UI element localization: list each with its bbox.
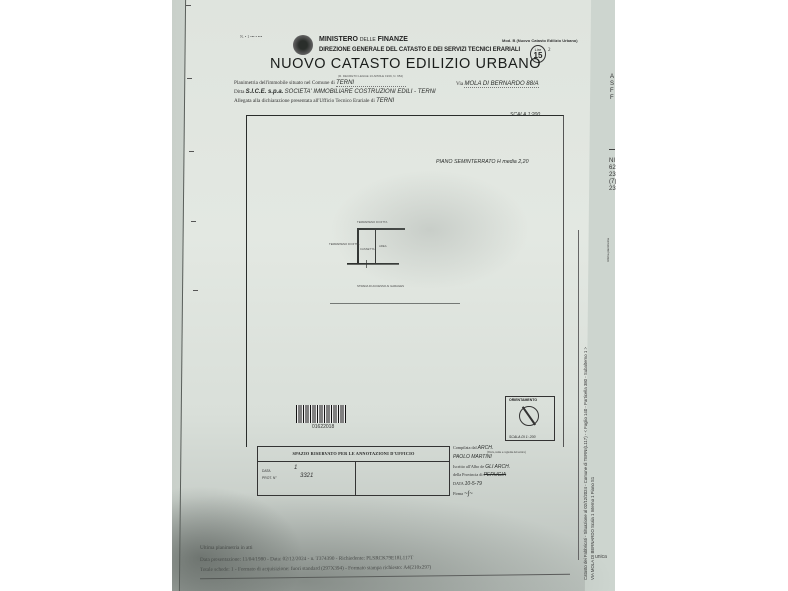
right-fragment: F bbox=[610, 95, 614, 102]
side-info-line-2: VIA MOLA DI BERNARDO Scala 1 Interno 1 P… bbox=[590, 477, 595, 580]
right-page-top: A S F F bbox=[610, 74, 614, 102]
province-row: della Provincia di PERUGIA bbox=[453, 472, 506, 478]
right-fragment: 62 bbox=[609, 165, 616, 172]
comune-field: Planimetria dell'immobile situato nel Co… bbox=[234, 80, 406, 87]
edge-tick bbox=[191, 221, 196, 222]
albo-label: Iscritto all'Albo de bbox=[453, 464, 484, 469]
right-fragment: NI bbox=[609, 158, 616, 165]
ditta-field: Ditta S.I.C.E. s.p.a. SOCIETA' IMMOBILIA… bbox=[234, 89, 436, 95]
right-fragment: 23 bbox=[609, 172, 616, 179]
data-label: DATA bbox=[262, 469, 271, 473]
document-title: NUOVO CATASTO EDILIZIO URBANO bbox=[270, 56, 541, 72]
via-field: Via MOLA DI BERNARDO 88/A bbox=[456, 81, 539, 87]
right-fragment: (7) bbox=[609, 179, 616, 186]
compiler-name-row: PAOLO MARTINI bbox=[453, 454, 492, 460]
ufficio-field: Allegata alla dichiarazione presentata a… bbox=[234, 98, 394, 104]
comune-label: Planimetria dell'immobile situato nel Co… bbox=[234, 80, 335, 86]
edge-tick bbox=[193, 290, 198, 291]
compiler-sublabel: (Titolo, nome e cognome del tecnico) bbox=[487, 451, 526, 454]
right-fragment: S bbox=[610, 81, 614, 88]
date-label: DATA bbox=[453, 481, 464, 486]
date-row: DATA 10-5-79 bbox=[453, 481, 482, 487]
annotations-header: SPAZIO RISERVATO PER LE ANNOTAZIONI D'UF… bbox=[258, 447, 449, 462]
ministry-connector: DELLE bbox=[360, 37, 376, 43]
ufficio-value: TERNI bbox=[376, 98, 394, 104]
edge-tick bbox=[186, 5, 191, 6]
albo-row: Iscritto all'Albo de GLI ARCH. bbox=[453, 464, 510, 470]
ministry-word: MINISTERO bbox=[319, 36, 358, 43]
compiled-label: Compilata dal bbox=[453, 445, 477, 450]
province-label: della Provincia di bbox=[453, 472, 483, 477]
via-value: MOLA DI BERNARDO 88/A bbox=[464, 81, 538, 88]
side-corner-text: Ultima planimetria bbox=[606, 238, 610, 262]
top-stamp: N. • 1 ••• • ••• bbox=[240, 34, 262, 39]
right-page-mid: NI 62 23 (7) 23 bbox=[609, 158, 616, 193]
ministry-end: FINANZE bbox=[378, 36, 408, 43]
plan-line bbox=[330, 303, 460, 304]
right-fragment: A bbox=[610, 74, 614, 81]
right-fragment: 23 bbox=[609, 186, 616, 193]
ditta-value: SOCIETA' IMMOBILIARE COSTRUZIONI EDILI -… bbox=[285, 89, 436, 95]
ditta-label: Ditta bbox=[234, 89, 244, 95]
north-arrow-icon bbox=[519, 406, 539, 426]
side-rule bbox=[578, 230, 579, 560]
comune-value: TERNI bbox=[336, 80, 406, 87]
side-bottom-text: unica bbox=[595, 554, 607, 560]
light-shadow bbox=[330, 170, 530, 290]
ufficio-label: Allegata alla dichiarazione presentata a… bbox=[234, 98, 375, 104]
edge-tick bbox=[189, 151, 194, 152]
prot-value: 3321 bbox=[300, 473, 313, 479]
data-value: 1 bbox=[294, 465, 297, 471]
barcode bbox=[296, 405, 346, 423]
barcode-number: 01622018 bbox=[312, 424, 334, 430]
hand-shadow-left bbox=[172, 480, 312, 591]
albo-value: GLI ARCH. bbox=[485, 464, 510, 470]
stamp-suffix: 2 bbox=[548, 48, 551, 53]
date-value: 10-5-79 bbox=[465, 481, 482, 487]
province-value: PERUGIA bbox=[484, 472, 507, 478]
orientation-box: ORIENTAMENTO SCALA DI 1: 200 bbox=[505, 396, 555, 441]
side-info-line-1: Catasto dei Fabbricati - Situazione al 0… bbox=[583, 347, 588, 580]
model-label: Mod. B (Nuovo Catasto Edilizio Urbano) bbox=[502, 38, 578, 43]
white-margin-right bbox=[615, 0, 788, 591]
document-subtitle: (R. DECRETO LEGGE 13 APRILE 1939, N. 652… bbox=[338, 74, 403, 78]
compiler-name: PAOLO MARTINI bbox=[453, 454, 492, 460]
orientation-title: ORIENTAMENTO bbox=[509, 398, 537, 402]
ditta-company: S.I.C.E. s.p.a. bbox=[246, 89, 284, 95]
via-label: Via bbox=[456, 81, 463, 87]
floor-label: PIANO SEMINTERRATO H media 2,20 bbox=[436, 159, 529, 165]
ministry-name: MINISTERO DELLE FINANZE bbox=[319, 36, 408, 43]
republic-emblem-icon bbox=[293, 35, 313, 55]
orientation-scale: SCALA DI 1: 200 bbox=[509, 435, 536, 439]
edge-tick bbox=[187, 78, 192, 79]
right-page-dash bbox=[609, 149, 615, 150]
right-fragment: F bbox=[610, 88, 614, 95]
directorate-title: DIREZIONE GENERALE DEL CATASTO E DEI SER… bbox=[319, 46, 520, 53]
